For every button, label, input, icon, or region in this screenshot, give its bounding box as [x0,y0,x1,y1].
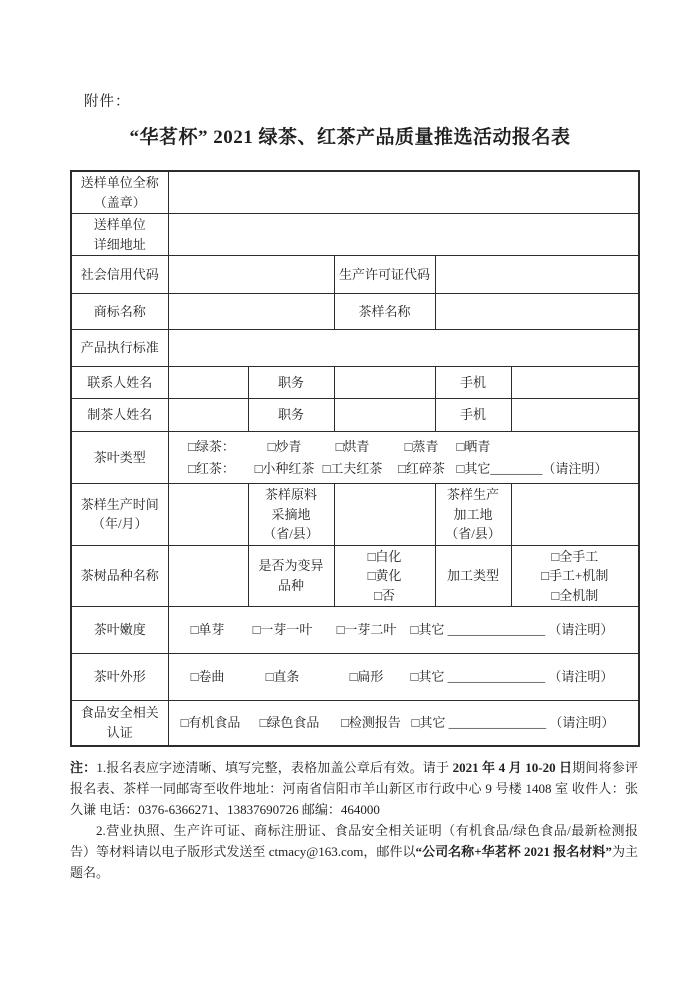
row-certification: 食品安全相关 认证 □有机食品 □绿色食品 □检测报告 □其它 ________… [71,701,639,746]
certification-options-line: □有机食品 □绿色食品 □检测报告 □其它 _______________ （请… [173,713,635,733]
license-code-value-cell [435,256,639,294]
checkbox-shaiqing: □晒青 [457,437,491,457]
checkbox-type-other: □其它________（请注明） [457,459,608,479]
mutation-options-cell: □白化 □黄化 □否 [334,545,435,607]
checkbox-chaoqing: □炒青 [251,437,319,457]
contact-duty-value-cell [334,367,435,399]
note-2: 2.营业执照、生产许可证、商标注册证、食品安全相关证明（有机食品/绿色食品/最新… [70,820,638,883]
process-type-options-cell: □全手工 □手工+机制 □全机制 [511,545,639,607]
tea-type-green-line: □绿茶： □炒青 □烘青 □蒸青 □晒青 [173,437,635,457]
contact-phone-label: 手机 [435,367,511,399]
contact-name-label: 联系人姓名 [71,367,168,399]
checkbox-curly: □卷曲 [173,667,243,687]
certification-options-cell: □有机食品 □绿色食品 □检测报告 □其它 _______________ （请… [168,701,639,746]
shape-options-cell: □卷曲 □直条 □扁形 □其它 _______________ （请注明） [168,654,639,701]
tenderness-options-line: □单芽 □一芽一叶 □一芽二叶 □其它 _______________ （请注明… [173,620,635,640]
tea-type-options-cell: □绿茶： □炒青 □烘青 □蒸青 □晒青 □红茶： □小种红茶 □工夫红茶 □红… [168,432,639,484]
checkbox-one-bud-one-leaf: □一芽一叶 [243,620,323,640]
unit-name-label: 送样单位全称 （盖章） [71,171,168,214]
checkbox-organic-food: □有机食品 [173,713,249,733]
checkbox-zhengqing: □蒸青 [387,437,457,457]
maker-duty-label: 职务 [248,399,334,432]
tenderness-label: 茶叶嫩度 [71,607,168,654]
note-1-date: 2021 年 4 月 10-20 日 [453,760,573,775]
footer-notes: 注：1.报名表应字迹清晰、填写完整，表格加盖公章后有效。请于 2021 年 4 … [70,757,638,883]
maker-phone-label: 手机 [435,399,511,432]
checkbox-tenderness-other: □其它 _______________ （请注明） [411,620,614,640]
origin-place-label: 茶样原料 采摘地 （省/县） [248,484,334,546]
origin-place-value-cell [334,484,435,546]
checkbox-certification-other: □其它 _______________ （请注明） [412,713,615,733]
checkbox-single-bud: □单芽 [173,620,243,640]
process-type-label: 加工类型 [435,545,511,607]
note-2-subject: “公司名称+华茗杯 2021 报名材料” [416,844,612,859]
row-shape: 茶叶外形 □卷曲 □直条 □扁形 □其它 _______________ （请注… [71,654,639,701]
shape-options-line: □卷曲 □直条 □扁形 □其它 _______________ （请注明） [173,667,635,687]
production-time-label: 茶样生产时间 （年/月） [71,484,168,546]
maker-duty-value-cell [334,399,435,432]
unit-name-value-cell [168,171,639,214]
row-contact: 联系人姓名 职务 手机 [71,367,639,399]
unit-address-value-cell [168,214,639,256]
note-1-text-a: 1.报名表应字迹清晰、填写完整，表格加盖公章后有效。请于 [96,760,452,775]
maker-name-value-cell [168,399,248,432]
standard-value-cell [168,330,639,367]
row-standard: 产品执行标准 [71,330,639,367]
standard-label: 产品执行标准 [71,330,168,367]
process-place-label: 茶样生产 加工地 （省/县） [435,484,511,546]
row-maker: 制茶人姓名 职务 手机 [71,399,639,432]
contact-name-value-cell [168,367,248,399]
variety-name-label: 茶树品种名称 [71,545,168,607]
registration-form-table: 送样单位全称 （盖章） 送样单位 详细地址 社会信用代码 生产许可证代码 商标名… [70,170,640,747]
row-production: 茶样生产时间 （年/月） 茶样原料 采摘地 （省/县） 茶样生产 加工地 （省/… [71,484,639,546]
certification-label: 食品安全相关 认证 [71,701,168,746]
checkbox-souchong: □小种红茶 [251,459,319,479]
row-codes: 社会信用代码 生产许可证代码 [71,256,639,294]
attachment-label: 附件： [84,90,131,111]
note-prefix: 注： [70,760,96,775]
row-tea-type: 茶叶类型 □绿茶： □炒青 □烘青 □蒸青 □晒青 □红茶： □小种红茶 □工夫… [71,432,639,484]
checkbox-one-bud-two-leaf: □一芽二叶 [323,620,411,640]
checkbox-black-tea: □红茶： [173,459,251,479]
license-code-label: 生产许可证代码 [334,256,435,294]
credit-code-label: 社会信用代码 [71,256,168,294]
trademark-value-cell [168,294,334,330]
row-unit-address: 送样单位 详细地址 [71,214,639,256]
maker-name-label: 制茶人姓名 [71,399,168,432]
checkbox-hongqing: □烘青 [319,437,387,457]
mutation-label: 是否为变异 品种 [248,545,334,607]
checkbox-flat: □扁形 [323,667,411,687]
contact-phone-value-cell [511,367,639,399]
checkbox-shape-other: □其它 _______________ （请注明） [411,667,614,687]
checkbox-gongfu: □工夫红茶 [319,459,387,479]
row-variety: 茶树品种名称 是否为变异 品种 □白化 □黄化 □否 加工类型 □全手工 □手工… [71,545,639,607]
page-title: “华茗杯” 2021 绿茶、红茶产品质量推选活动报名表 [0,122,700,149]
sample-name-value-cell [435,294,639,330]
contact-duty-label: 职务 [248,367,334,399]
note-1: 注：1.报名表应字迹清晰、填写完整，表格加盖公章后有效。请于 2021 年 4 … [70,757,638,820]
tea-type-black-line: □红茶： □小种红茶 □工夫红茶 □红碎茶 □其它________（请注明） [173,459,635,479]
unit-address-label: 送样单位 详细地址 [71,214,168,256]
maker-phone-value-cell [511,399,639,432]
checkbox-green-tea: □绿茶： [173,437,251,457]
tea-type-label: 茶叶类型 [71,432,168,484]
checkbox-straight: □直条 [243,667,323,687]
sample-name-label: 茶样名称 [334,294,435,330]
variety-name-value-cell [168,545,248,607]
row-names: 商标名称 茶样名称 [71,294,639,330]
document-page: 附件： “华茗杯” 2021 绿茶、红茶产品质量推选活动报名表 送样单位全称 （… [0,0,700,990]
checkbox-green-food: □绿色食品 [249,713,331,733]
process-place-value-cell [511,484,639,546]
credit-code-value-cell [168,256,334,294]
row-unit-name: 送样单位全称 （盖章） [71,171,639,214]
trademark-label: 商标名称 [71,294,168,330]
row-tenderness: 茶叶嫩度 □单芽 □一芽一叶 □一芽二叶 □其它 _______________… [71,607,639,654]
production-time-value-cell [168,484,248,546]
checkbox-test-report: □检测报告 [331,713,412,733]
tenderness-options-cell: □单芽 □一芽一叶 □一芽二叶 □其它 _______________ （请注明… [168,607,639,654]
shape-label: 茶叶外形 [71,654,168,701]
checkbox-broken: □红碎茶 [387,459,457,479]
